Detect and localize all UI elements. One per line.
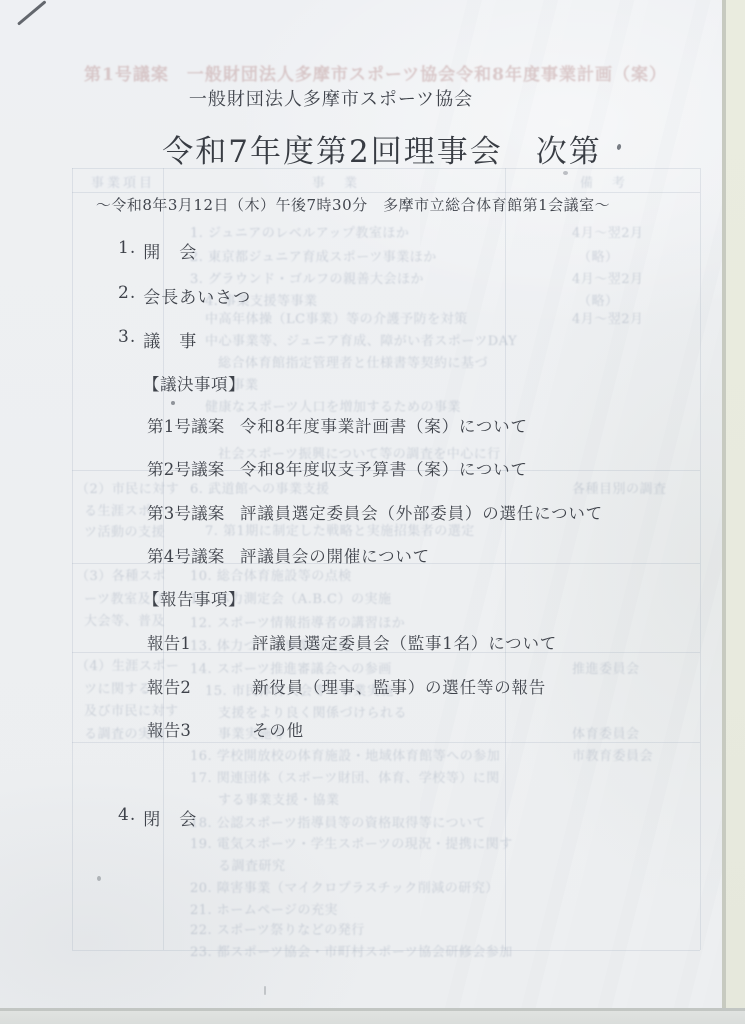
date-venue-line: ～令和8年3月12日（木）午後7時30分 多摩市立総合体育館第1会議室～ (0, 194, 715, 215)
scanner-background-right (726, 0, 745, 1012)
report-item-text: その他 (252, 717, 304, 741)
report-section-heading: 【報告事項】 (143, 586, 245, 610)
resolution-item-label: 第1号議案 (147, 413, 240, 437)
resolution-item-text: 評議員会の開催について (240, 543, 430, 567)
resolution-item-label: 第3号議案 (147, 500, 240, 524)
report-item-2: 報告2 新役員（理事、監事）の選任等の報告 (147, 674, 546, 698)
agenda-item-number: 2. (118, 283, 136, 308)
agenda-item-label: 閉 会 (143, 805, 197, 830)
report-item-text: 新役員（理事、監事）の選任等の報告 (252, 674, 546, 698)
report-item-1: 報告1 評議員選定委員会（監事1名）について (147, 630, 557, 654)
report-item-label: 報告2 (147, 674, 252, 698)
agenda-item-label: 開 会 (143, 238, 197, 263)
resolution-item-text: 令和8年度収支予算書（案）について (240, 456, 528, 480)
agenda-item-number: 3. (118, 327, 136, 352)
resolution-item-4: 第4号議案 評議員会の開催について (147, 543, 430, 567)
agenda-item-number: 1. (118, 238, 136, 263)
report-item-text: 評議員選定委員会（監事1名）について (252, 630, 557, 654)
agenda-item-label: 会長あいさつ (143, 283, 251, 308)
scanned-document: 第1号議案 一般財団法人多摩市スポーツ協会令和8年度事業計画（案） 事業項目 事… (0, 0, 745, 1024)
agenda-item-label: 議 事 (143, 327, 197, 352)
resolution-item-3: 第3号議案 評議員選定委員会（外部委員）の選任について (147, 500, 603, 524)
agenda-item-number: 4. (118, 805, 136, 830)
scanner-background-bottom (0, 1011, 745, 1024)
paper-sheet: 第1号議案 一般財団法人多摩市スポーツ協会令和8年度事業計画（案） 事業項目 事… (0, 0, 724, 1024)
agenda-item-greeting: 2. 会長あいさつ (118, 283, 251, 308)
report-item-label: 報告3 (147, 717, 252, 741)
scan-speck (563, 171, 568, 175)
scan-speck (264, 986, 266, 995)
resolution-section-heading: 【議決事項】 (143, 371, 245, 395)
resolution-item-label: 第4号議案 (147, 543, 240, 567)
resolution-item-label: 第2号議案 (147, 456, 240, 480)
resolution-item-1: 第1号議案 令和8年度事業計画書（案）について (147, 413, 528, 437)
organization-name: 一般財団法人多摩市スポーツ協会 (0, 85, 693, 111)
printed-content: 一般財団法人多摩市スポーツ協会 令和7年度第2回理事会 次第 ～令和8年3月12… (0, 0, 724, 1024)
agenda-item-closing: 4. 閉 会 (118, 805, 197, 830)
resolution-item-text: 令和8年度事業計画書（案）について (240, 413, 528, 437)
scan-speck (171, 401, 175, 405)
agenda-item-opening: 1. 開 会 (118, 238, 197, 263)
document-title: 令和7年度第2回理事会 次第 (20, 126, 744, 171)
report-item-3: 報告3 その他 (147, 717, 304, 741)
agenda-item-proceedings: 3. 議 事 (118, 327, 197, 352)
scan-speck (97, 876, 101, 881)
resolution-item-2: 第2号議案 令和8年度収支予算書（案）について (147, 456, 528, 480)
report-item-label: 報告1 (147, 630, 252, 654)
resolution-item-text: 評議員選定委員会（外部委員）の選任について (240, 500, 603, 524)
